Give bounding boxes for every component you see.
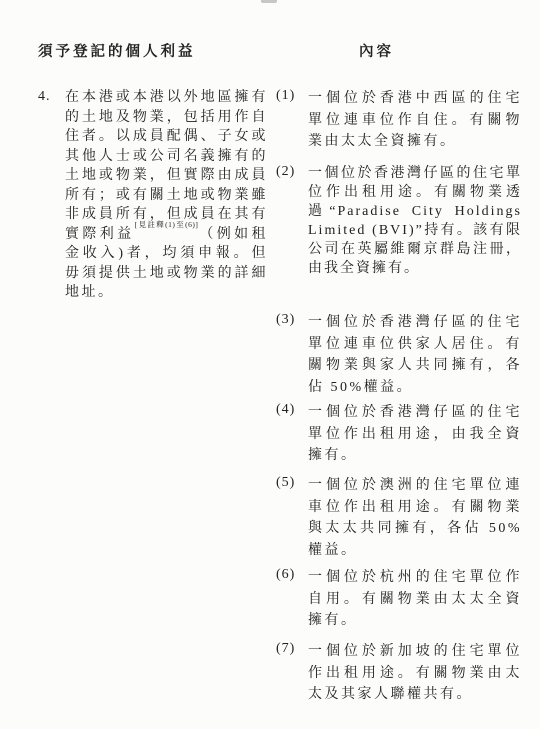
content-item-6-text: 一個位於杭州的住宅單位作自用。有關物業由太太全資擁有。 bbox=[308, 567, 522, 632]
content-item-3-number: (3) bbox=[276, 312, 295, 328]
right-column-header: 內容 bbox=[359, 40, 394, 61]
content-item-3-text: 一個位於香港灣仔區的住宅單位連車位供家人居住。有關物業與家人共同擁有，各佔 50… bbox=[308, 312, 522, 398]
content-item-7-number: (7) bbox=[276, 641, 295, 657]
content-item-1-number: (1) bbox=[276, 88, 295, 104]
content-item-1: (1) 一個位於香港中西區的住宅單位連車位作自住。有關物業由太太全資擁有。 bbox=[276, 88, 522, 153]
content-item-7: (7) 一個位於新加坡的住宅單位作出租用途。有關物業由太太及其家人聯權共有。 bbox=[276, 641, 522, 706]
left-column-header: 須予登記的個人利益 bbox=[38, 40, 196, 61]
content-item-5: (5) 一個位於澳洲的住宅單位連車位作出租用途。有關物業與太太共同擁有，各佔 5… bbox=[276, 475, 522, 561]
content-item-6-number: (6) bbox=[276, 567, 295, 583]
content-item-1-text: 一個位於香港中西區的住宅單位連車位作自住。有關物業由太太全資擁有。 bbox=[308, 88, 522, 153]
item-4-paragraph: 在本港或本港以外地區擁有的土地及物業，包括用作自住者。以成員配偶、子女或其他人士… bbox=[65, 88, 268, 303]
content-item-2: (2) 一個位於香港灣仔區的住宅單位作出租用途。有關物業透過“Paradise … bbox=[276, 164, 522, 278]
content-item-2-text: 一個位於香港灣仔區的住宅單位作出租用途。有關物業透過“Paradise City… bbox=[308, 164, 522, 278]
content-item-4: (4) 一個位於香港灣仔區的住宅單位作出租用途，由我全資擁有。 bbox=[276, 402, 522, 467]
content-item-2-number: (2) bbox=[276, 164, 295, 180]
content-item-5-number: (5) bbox=[276, 475, 295, 491]
document-page: 須予登記的個人利益 內容 4. 在本港或本港以外地區擁有的土地及物業，包括用作自… bbox=[0, 0, 540, 729]
item-4-number: 4. bbox=[38, 89, 51, 105]
item-4-footnote-reference: [見註釋(1)至(6)] bbox=[135, 220, 199, 229]
content-item-6: (6) 一個位於杭州的住宅單位作自用。有關物業由太太全資擁有。 bbox=[276, 567, 522, 632]
content-item-5-text: 一個位於澳洲的住宅單位連車位作出租用途。有關物業與太太共同擁有，各佔 50%權益… bbox=[308, 475, 522, 561]
content-item-4-text: 一個位於香港灣仔區的住宅單位作出租用途，由我全資擁有。 bbox=[308, 402, 522, 467]
content-item-3: (3) 一個位於香港灣仔區的住宅單位連車位供家人居住。有關物業與家人共同擁有，各… bbox=[276, 312, 522, 398]
content-item-7-text: 一個位於新加坡的住宅單位作出租用途。有關物業由太太及其家人聯權共有。 bbox=[308, 641, 522, 706]
content-item-4-number: (4) bbox=[276, 402, 295, 418]
page-top-cutoff-mark bbox=[261, 0, 277, 3]
item-4-text-before-note: 在本港或本港以外地區擁有的土地及物業，包括用作自住者。以成員配偶、子女或其他人士… bbox=[65, 90, 268, 242]
